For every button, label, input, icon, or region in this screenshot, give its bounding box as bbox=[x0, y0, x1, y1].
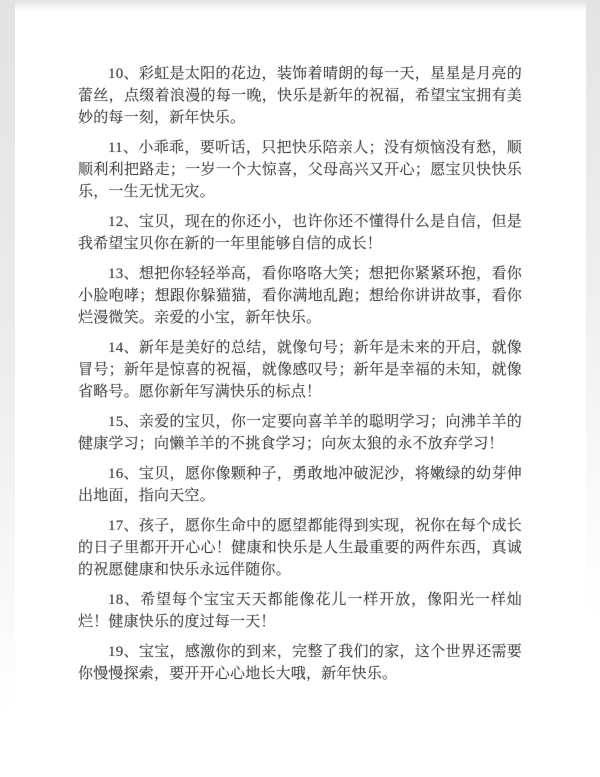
scanned-document-page: 10、彩虹是太阳的花边，装饰着晴朗的每一天，星星是月亮的蕾丝，点缀着浪漫的每一晚… bbox=[0, 0, 600, 777]
document-body: 10、彩虹是太阳的花边，装饰着晴朗的每一天，星星是月亮的蕾丝，点缀着浪漫的每一晚… bbox=[78, 63, 522, 693]
paragraph-12: 12、宝贝，现在的你还小，也许你还不懂得什么是自信，但是我希望宝贝你在新的一年里… bbox=[78, 211, 522, 255]
paragraph-19: 19、宝宝，感激你的到来，完整了我们的家，这个世界还需要你慢慢探索，要开开心心地… bbox=[78, 641, 522, 685]
scan-edge-top bbox=[0, 0, 600, 10]
paragraph-10: 10、彩虹是太阳的花边，装饰着晴朗的每一天，星星是月亮的蕾丝，点缀着浪漫的每一晚… bbox=[78, 63, 522, 129]
paragraph-15: 15、亲爱的宝贝，你一定要向喜羊羊的聪明学习；向沸羊羊的健康学习；向懒羊羊的不挑… bbox=[78, 411, 522, 455]
paragraph-18: 18、希望每个宝宝天天都能像花儿一样开放，像阳光一样灿烂！健康快乐的度过每一天！ bbox=[78, 589, 522, 633]
paragraph-17: 17、孩子，愿你生命中的愿望都能得到实现，祝你在每个成长的日子里都开开心心！健康… bbox=[78, 515, 522, 581]
scan-edge-left bbox=[0, 0, 15, 777]
paragraph-11: 11、小乖乖，要听话，只把快乐陪亲人；没有烦恼没有愁，顺顺利利把路走；一岁一个大… bbox=[78, 137, 522, 203]
paragraph-13: 13、想把你轻轻举高，看你咯咯大笑；想把你紧紧环抱，看你小脸咆哮；想跟你躲猫猫，… bbox=[78, 263, 522, 329]
paragraph-16: 16、宝贝，愿你像颗种子，勇敢地冲破泥沙，将嫩绿的幼芽伸出地面，指向天空。 bbox=[78, 463, 522, 507]
scan-edge-right bbox=[586, 0, 600, 777]
paragraph-14: 14、新年是美好的总结，就像句号；新年是未来的开启，就像冒号；新年是惊喜的祝福，… bbox=[78, 337, 522, 403]
